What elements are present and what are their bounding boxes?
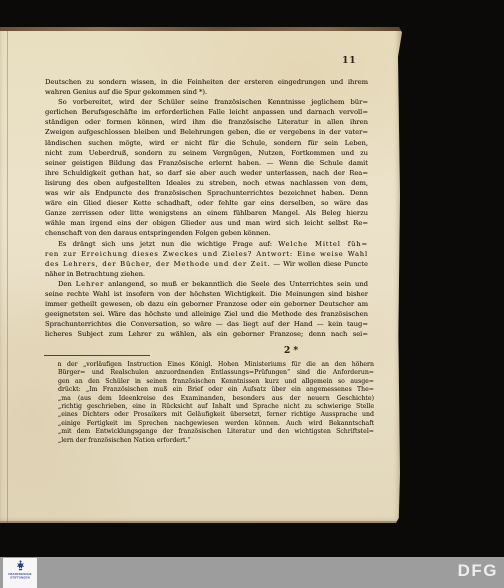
book-page: 11 Deutschen zu sondern wissen, in die F…	[0, 27, 402, 523]
text-line: wäre ein Glied dieser Kette schadhaft, o…	[45, 198, 368, 208]
text-line: Bürger= und Realschulen anzuordnenden En…	[58, 369, 374, 377]
signature-mark: 2 *	[276, 346, 306, 356]
text-line: drückt: „Im Französischen muß ein Brief …	[58, 386, 374, 394]
text-line: ihre Schuldigkeit gethan hat, so darf si…	[45, 168, 368, 178]
text-line: „mit dem Entwicklungsgange der französis…	[58, 428, 374, 436]
page-crease	[7, 31, 8, 523]
library-emblem-icon	[16, 560, 25, 571]
text-line: näher in Betrachtung ziehen.	[45, 269, 368, 279]
text-line: gen an den Schüler in seinen französisch…	[58, 378, 374, 386]
text-line: „lern der französischen Nation erfordert…	[58, 437, 374, 445]
text-line: nicht zum Ueberdruß, sondern zu seinem V…	[45, 148, 368, 158]
text-line: So vorbereitet, wird der Schüler seine f…	[45, 97, 368, 107]
text-line: Es drängt sich uns jetzt nun die wichtig…	[45, 239, 368, 249]
text-line: ständigen oder formen können, wird ihm d…	[45, 117, 368, 127]
page-number: 11	[342, 55, 356, 66]
text-line: „einige Fertigkeit im Sprechen nachgewie…	[58, 420, 374, 428]
text-line: „eines Dichters oder Prosaikers mit Gelä…	[58, 411, 374, 419]
emphasized-text: des Lehrers, der Bücher, der Methode und…	[45, 260, 271, 268]
text-line: immer getheilt gewesen, ob dazu ein gebo…	[45, 299, 368, 309]
library-stamp-line2: STIFTUNGEN	[4, 576, 36, 579]
body-text: Deutschen zu sondern wissen, in die Fein…	[45, 77, 368, 339]
footnote: *) In der „vorläufigen Instruction Eines…	[44, 361, 374, 445]
paragraph-4: Den Lehrer anlangend, so muß er bekanntl…	[45, 279, 368, 340]
text-line: geeignetsten sei. Wäre das höchste und a…	[45, 309, 368, 319]
text-line: Zweigen aufgeschlossen bleiben und Beleh…	[45, 127, 368, 137]
text-line: „ma (aus dem Ideenkreise des Examinanden…	[58, 395, 374, 403]
text-line: Den Lehrer anlangend, so muß er bekanntl…	[45, 279, 368, 289]
library-stamp[interactable]: FRANCKESCHE STIFTUNGEN	[3, 558, 37, 588]
text-line: ländischen suchen mögte, wird er nicht f…	[45, 138, 368, 148]
paragraph-3: Es drängt sich uns jetzt nun die wichtig…	[45, 239, 368, 279]
text-line: des Lehrers, der Bücher, der Methode und…	[45, 259, 368, 269]
emphasized-text: Lehrer	[76, 280, 104, 288]
text-line: wahren Genius auf die Spur gekommen sind…	[45, 87, 368, 97]
text-line: ren zur Erreichung dieses Zweckes und Zi…	[45, 249, 368, 259]
scan-viewport: 11 Deutschen zu sondern wissen, in die F…	[0, 0, 504, 588]
text-line: seine rechte Wahl ist insofern von der h…	[45, 289, 368, 299]
text-line: gerlichen Berufsgeschäfte im erforderlic…	[45, 107, 368, 117]
text-line: Deutschen zu sondern wissen, in die Fein…	[45, 77, 368, 87]
text-line: *) In der „vorläufigen Instruction Eines…	[58, 361, 374, 369]
viewer-footer-bar: FRANCKESCHE STIFTUNGEN DFG	[0, 557, 504, 588]
paragraph-2: So vorbereitet, wird der Schüler seine f…	[45, 97, 368, 238]
footnote-separator	[44, 355, 150, 356]
text-line: Sprachunterrichtes die Conversation, so …	[45, 319, 368, 329]
text-line: was wir als Endpuncte des französischen …	[45, 188, 368, 198]
text-line: lisirung des oben aufgestellten Ideales …	[45, 178, 368, 188]
text-line: „richtig geschrieben, eine in Rücksicht …	[58, 403, 374, 411]
text-line: seiner geistigen Bildung das Französisch…	[45, 158, 368, 168]
paragraph-1: Deutschen zu sondern wissen, in die Fein…	[45, 77, 368, 97]
emphasized-text: ren zur Erreichung dieses Zweckes und Zi…	[45, 250, 368, 258]
text-line: licheres Subject zum Lehrer zu wählen, a…	[45, 329, 368, 339]
dfg-logo[interactable]: DFG	[458, 561, 498, 581]
text-line: chenschaft von den daraus entspringenden…	[45, 228, 368, 238]
text-line: wähle man irgend eins der obigen Glieder…	[45, 218, 368, 228]
emphasized-text: Welche Mittel füh=	[278, 240, 368, 248]
text-line: Ganze zerrissen oder litte wenigstens an…	[45, 208, 368, 218]
library-stamp-text: FRANCKESCHE STIFTUNGEN	[4, 573, 36, 580]
